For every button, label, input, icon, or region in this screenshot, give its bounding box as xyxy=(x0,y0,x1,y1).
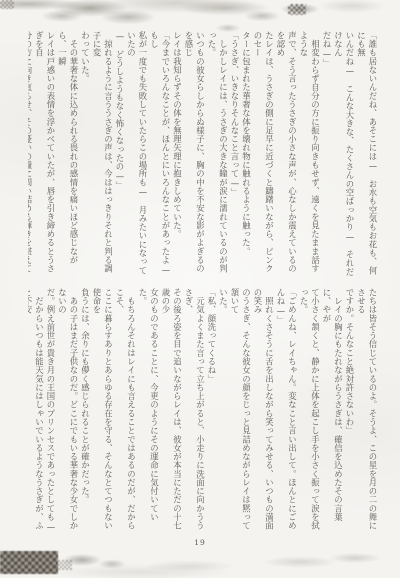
text-column: 「誰も居ないんだね、あそこには— お水も空気もお花も、何にも無 xyxy=(355,31,378,280)
text-column: だ。例え前世が貴き月の王国のプリンセスであったとしても— xyxy=(45,288,57,535)
text-column: — どうしようもなく怖くなったの—」 xyxy=(114,31,126,280)
text-column: その後ろ姿を目で追いながらレイは、彼女が本当にただの十七歳の少 xyxy=(160,288,183,535)
text-column: いた。 xyxy=(217,288,229,535)
text-column: ターに包まれた華奢な体を壊れ物に触れるように触った。 xyxy=(240,31,252,280)
text-column: 分の方に向き直らせ、その憂いの瞳に問い詰める輝きを湛えて言った。 xyxy=(28,31,33,280)
scan-smudge-dark xyxy=(0,551,58,574)
text-column: て小さく頷くと、静かに上体を起こし手を小さく振って涙を拭った。 xyxy=(298,288,321,535)
text-column: わっていた。 xyxy=(79,31,91,280)
text-column: だね—」 xyxy=(321,31,333,280)
text-column: 「ごめんね、レイちゃん。変なこと言い出して。ほんとにごめんね—」 xyxy=(275,288,298,535)
text-column: 負うには、余りにも儚く感じられることが確かだった。 xyxy=(79,288,91,535)
text-column: たレイは、うさぎの側に足早に近づくと躊躇いながら、ピンクのセー xyxy=(252,31,275,280)
text-column: レイの胸にもたれながらうさぎは、確信を込めたその言葉に、やが xyxy=(321,288,344,535)
text-column: しかしレイには、うさぎの大きな瞳が涙に濡れているのが判った。 xyxy=(206,31,229,280)
text-column: だからいつもは能天気にはしゃいでいるようなうさぎが、ふと不安 xyxy=(28,288,45,535)
text-column: 相変わらず自分の方に振り向きもせず、遠くを見たまま話すような xyxy=(298,31,321,280)
text-column: たちは皆そう信じているのよ。そうよ、この星を月の二の舞にさせる xyxy=(355,288,378,535)
text-column: 声で、そう言ったうさぎの小さな声が、心なしか震えているのを認め xyxy=(275,31,298,280)
text-column: いつもの彼女らしからぬ様子に、胸の中を不安な影がよぎるのを感じ xyxy=(183,31,206,280)
text-column: 「うさぎ、いきなりそんなこと言って—」 xyxy=(229,31,241,280)
text-column: ここに暮らすありとあらゆる存在を守る、そんなとてつもない使命を xyxy=(91,288,114,535)
text-column: 照れくさそうに舌を出しながら笑ってみせる、いつもの満面の笑み xyxy=(252,288,275,535)
scan-smudge xyxy=(288,4,306,15)
text-column: レイは我知らずその体を無理矢理に抱きしめていた。 xyxy=(171,31,183,280)
text-column: レイは戸惑いの表情を浮かべていたが、唇を引き締めるとうさぎを自 xyxy=(33,31,56,280)
page-number: 19 xyxy=(0,538,400,547)
text-column: 「今までいろんなことが、ほんとにいろんなことがあったよ— もし xyxy=(148,31,171,280)
text-column: あの子はまだ子供なのだ。どこにでもいる華奢な少女でしかないの xyxy=(56,288,79,535)
lower-text-band: たちは皆そう信じているのよ。そうよ、この星を月の二の舞にさせるですか。そんなこと… xyxy=(28,288,378,535)
text-column: 元気よくまた言って立ち上がると、小走りに洗面に向かううさぎ、 xyxy=(183,288,206,535)
text-column: 私が一度でも失敗していたらこの場所も— 月みたいになっていたの xyxy=(125,31,148,280)
text-column: のうさぎ、そんな彼女の顔をじっと見詰めながらレイは黙って頷いて xyxy=(229,288,252,535)
text-column: ですか。そんなこと絶対許さないわ」 xyxy=(344,288,356,535)
text-column: いんだね— こんな大きな、たくさんの空ばっかり— それだけなん xyxy=(332,31,355,280)
scan-smudge xyxy=(0,0,14,9)
scan-smudge xyxy=(56,560,72,570)
text-column: その華奢な体に込められる畏れの感情を痛いほど感じながら、一瞬 xyxy=(56,31,79,280)
text-column: 掠れるように言ううさぎの声は、今ははっきりそれと判る調子に変 xyxy=(91,31,114,280)
scanned-page: 「誰も居ないんだね、あそこには— お水も空気もお花も、何にも無いんだね— こんな… xyxy=(0,0,400,578)
upper-text-band: 「誰も居ないんだね、あそこには— お水も空気もお花も、何にも無いんだね— こんな… xyxy=(28,31,378,280)
text-column: もちろんそれはレイにも言えることではあるのだが、だからこそ、 xyxy=(114,288,137,535)
text-column: 女のものであることに、今更のようにその運命に気付いていた。 xyxy=(137,288,160,535)
text-column: 「私、顔洗ってくるね」 xyxy=(206,288,218,535)
